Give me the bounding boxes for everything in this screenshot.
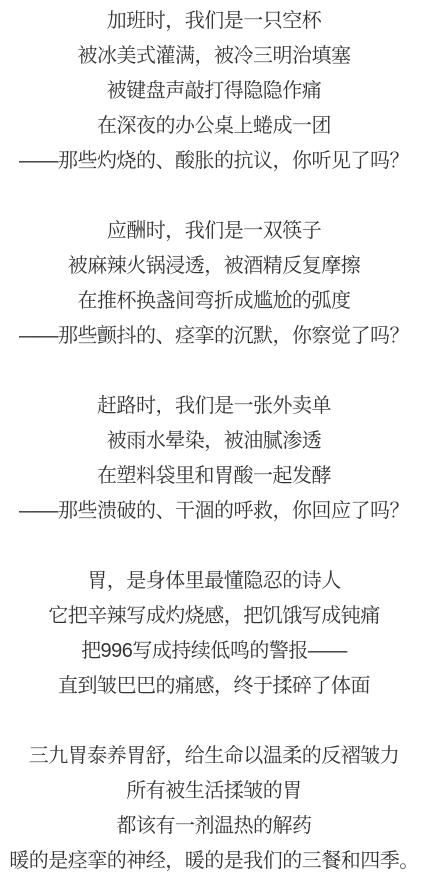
- poem-stanza-5: 三九胃泰养胃舒，给生命以温柔的反褶皱力 所有被生活揉皱的胃 都该有一剂温热的解药…: [0, 739, 428, 877]
- poem-stanza-2: 应酬时，我们是一双筷子 被麻辣火锅浸透，被酒精反复摩擦 在推杯换盏间弯折成尴尬的…: [0, 214, 428, 354]
- poem-line: 所有被生活揉皱的胃: [0, 774, 428, 809]
- poem-line: 被键盘声敲打得隐隐作痛: [0, 74, 428, 109]
- poem-line: 都该有一剂温热的解药: [0, 809, 428, 844]
- poem-line: 它把辛辣写成灼烧感，把饥饿写成钝痛: [0, 599, 428, 634]
- poem-line: 暖的是痉挛的神经，暖的是我们的三餐和四季。: [0, 844, 428, 877]
- poem-line: 胃，是身体里最懂隐忍的诗人: [0, 564, 428, 599]
- poem-line: 在推杯换盏间弯折成尴尬的弧度: [0, 284, 428, 319]
- poem-line: 在深夜的办公桌上蜷成一团: [0, 109, 428, 144]
- poem-line: 直到皱巴巴的痛感，终于揉碎了体面: [0, 669, 428, 704]
- poem-line: 应酬时，我们是一双筷子: [0, 214, 428, 249]
- poem-line: 在塑料袋里和胃酸一起发酵: [0, 459, 428, 494]
- poem-line: ——那些颤抖的、痉挛的沉默，你察觉了吗？: [0, 319, 428, 354]
- poem-text-page: 加班时，我们是一只空杯 被冰美式灌满，被冷三明治填塞 被键盘声敲打得隐隐作痛 在…: [0, 0, 428, 877]
- poem-stanza-1: 加班时，我们是一只空杯 被冰美式灌满，被冷三明治填塞 被键盘声敲打得隐隐作痛 在…: [0, 4, 428, 179]
- poem-stanza-3: 赶路时，我们是一张外卖单 被雨水晕染，被油腻渗透 在塑料袋里和胃酸一起发酵 ——…: [0, 389, 428, 529]
- poem-line: 把996写成持续低鸣的警报——: [0, 634, 428, 669]
- poem-line: 被雨水晕染，被油腻渗透: [0, 424, 428, 459]
- poem-line: ——那些溃破的、干涸的呼救，你回应了吗？: [0, 494, 428, 529]
- poem-line: ——那些灼烧的、酸胀的抗议，你听见了吗？: [0, 144, 428, 179]
- poem-line: 赶路时，我们是一张外卖单: [0, 389, 428, 424]
- poem-line: 加班时，我们是一只空杯: [0, 4, 428, 39]
- poem-line: 被麻辣火锅浸透，被酒精反复摩擦: [0, 249, 428, 284]
- poem-line: 三九胃泰养胃舒，给生命以温柔的反褶皱力: [0, 739, 428, 774]
- poem-stanza-4: 胃，是身体里最懂隐忍的诗人 它把辛辣写成灼烧感，把饥饿写成钝痛 把996写成持续…: [0, 564, 428, 704]
- poem-line: 被冰美式灌满，被冷三明治填塞: [0, 39, 428, 74]
